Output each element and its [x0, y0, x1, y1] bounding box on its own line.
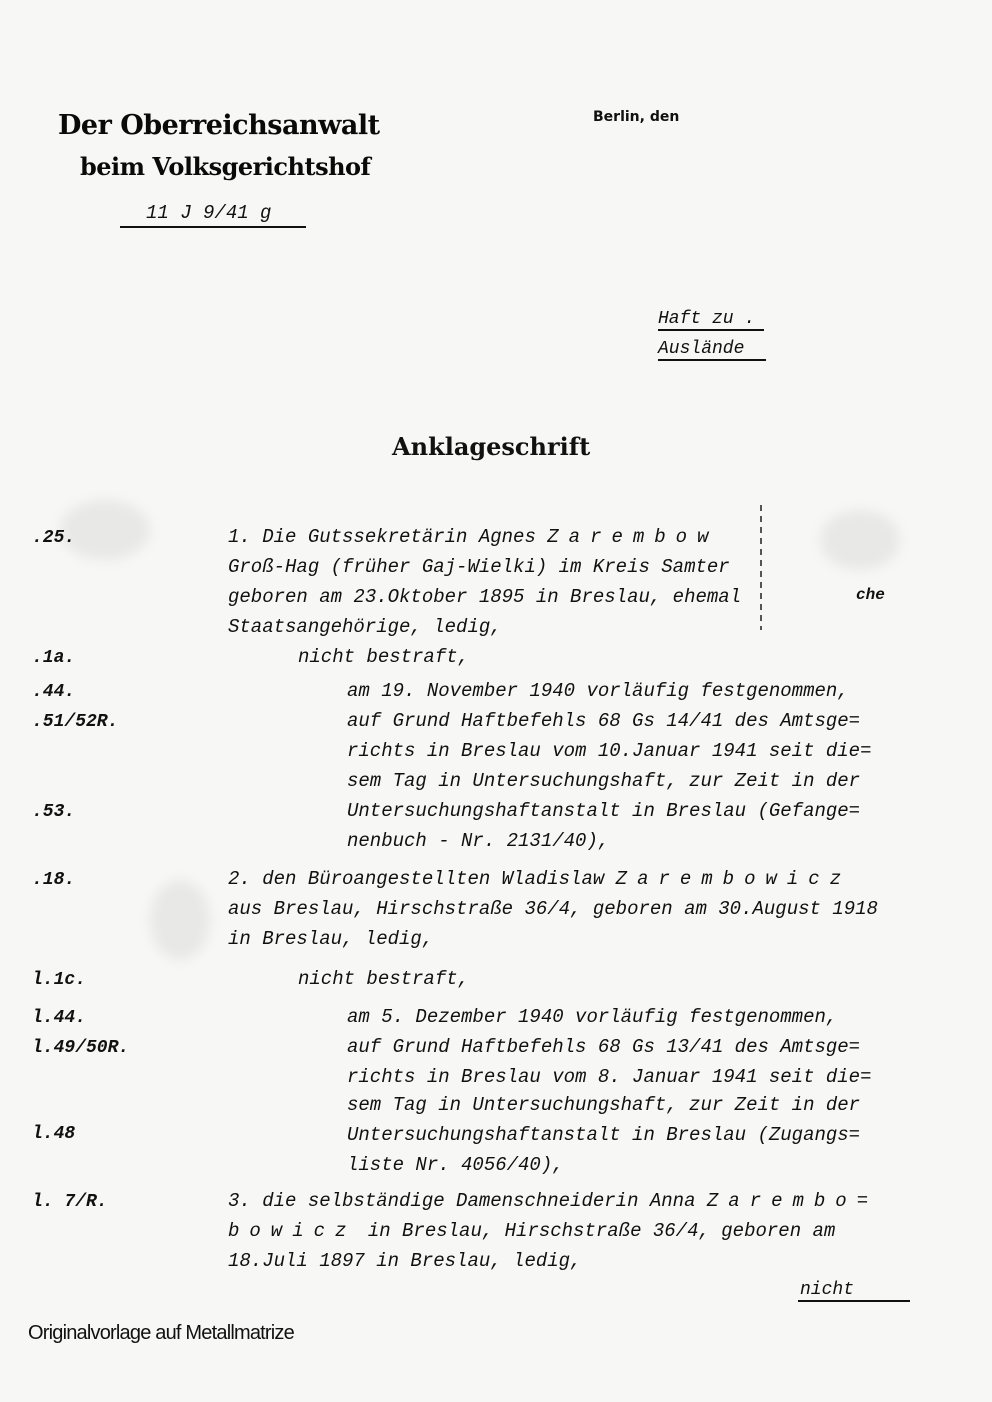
p1-record: nicht bestraft, — [298, 646, 469, 668]
defendant-1-name: Zarembow — [547, 526, 718, 548]
p1-line8: richts in Breslau vom 10.Januar 1941 sei… — [347, 740, 872, 762]
p1-line3-tail: che — [856, 586, 885, 604]
p2-line6: auf Grund Haftbefehls 68 Gs 13/41 des Am… — [347, 1036, 860, 1058]
margin-ref: .44. — [32, 682, 75, 702]
scan-artifact-line — [760, 505, 762, 630]
margin-ref: l. 7/R. — [32, 1192, 108, 1212]
p1-line10: Untersuchungshaftanstalt in Breslau (Gef… — [347, 800, 860, 822]
p1-line7: auf Grund Haftbefehls 68 Gs 14/41 des Am… — [347, 710, 860, 732]
authority-court: beim Volksgerichtshof — [80, 152, 370, 181]
margin-ref: .53. — [32, 802, 75, 822]
margin-ref: l.44. — [32, 1008, 86, 1028]
defendant-3-name-cont: bowicz — [228, 1220, 356, 1242]
p2-record: nicht bestraft, — [298, 968, 469, 990]
reference-underline — [120, 226, 306, 228]
p2-line5: am 5. Dezember 1940 vorläufig festgenomm… — [347, 1006, 837, 1028]
p2-line8: sem Tag in Untersuchungshaft, zur Zeit i… — [347, 1094, 860, 1116]
authority-name: Der Oberreichsanwalt — [58, 110, 380, 141]
archive-footnote: Originalvorlage auf Metallmatrize — [28, 1322, 294, 1345]
scan-smudge — [820, 510, 900, 570]
p3-line3: 18.Juli 1897 in Breslau, ledig, — [228, 1250, 581, 1272]
p3-prefix: 3. die selbständige Damenschneiderin Ann… — [228, 1190, 695, 1212]
document-page: Der Oberreichsanwalt beim Volksgerichtsh… — [0, 0, 992, 1402]
custody-note-line1: Haft zu . — [658, 309, 764, 331]
defendant-2-name: Zarembowicz — [616, 868, 851, 890]
scan-smudge — [150, 880, 210, 960]
p3-line1: 3. die selbständige Damenschneiderin Ann… — [228, 1190, 878, 1212]
p1-line3: geboren am 23.Oktober 1895 in Breslau, e… — [228, 586, 741, 608]
p1-line6: am 19. November 1940 vorläufig festgenom… — [347, 680, 849, 702]
margin-ref: .18. — [32, 870, 75, 890]
margin-ref: .1a. — [32, 648, 75, 668]
p2-line3: in Breslau, ledig, — [228, 928, 433, 950]
p2-line7: richts in Breslau vom 8. Januar 1941 sei… — [347, 1066, 872, 1088]
file-reference: 11 J 9/41 g — [146, 202, 271, 224]
page-continuation-word: nicht — [798, 1280, 910, 1302]
p3-line2: bowicz in Breslau, Hirschstraße 36/4, ge… — [228, 1220, 835, 1242]
place-date: Berlin, den — [593, 109, 679, 125]
p2-line9: Untersuchungshaftanstalt in Breslau (Zug… — [347, 1124, 860, 1146]
p1-line11: nenbuch - Nr. 2131/40), — [347, 830, 609, 852]
margin-ref: .25. — [32, 528, 75, 548]
p1-prefix: 1. Die Gutssekretärin Agnes — [228, 526, 536, 548]
p2-line2: aus Breslau, Hirschstraße 36/4, geboren … — [228, 898, 878, 920]
p1-line4: Staatsangehörige, ledig, — [228, 616, 502, 638]
p2-prefix: 2. den Büroangestellten Wladislaw — [228, 868, 604, 890]
document-title: Anklageschrift — [392, 432, 590, 461]
p1-line1: 1. Die Gutssekretärin Agnes Zarembow — [228, 526, 718, 548]
defendant-3-name: Zarembo= — [707, 1190, 878, 1212]
p2-line1: 2. den Büroangestellten Wladislaw Zaremb… — [228, 868, 851, 890]
margin-ref: l.49/50R. — [32, 1038, 129, 1058]
p1-line2: Groß-Hag (früher Gaj-Wielki) im Kreis Sa… — [228, 556, 730, 578]
p2-line10: liste Nr. 4056/40), — [347, 1154, 564, 1176]
margin-ref: .51/52R. — [32, 712, 118, 732]
margin-ref: l.48 — [32, 1124, 75, 1144]
margin-ref: l.1c. — [32, 970, 86, 990]
p1-line9: sem Tag in Untersuchungshaft, zur Zeit i… — [347, 770, 860, 792]
p3-line2-rest: in Breslau, Hirschstraße 36/4, geboren a… — [356, 1220, 835, 1242]
custody-note-line2: Auslände — [658, 339, 766, 361]
